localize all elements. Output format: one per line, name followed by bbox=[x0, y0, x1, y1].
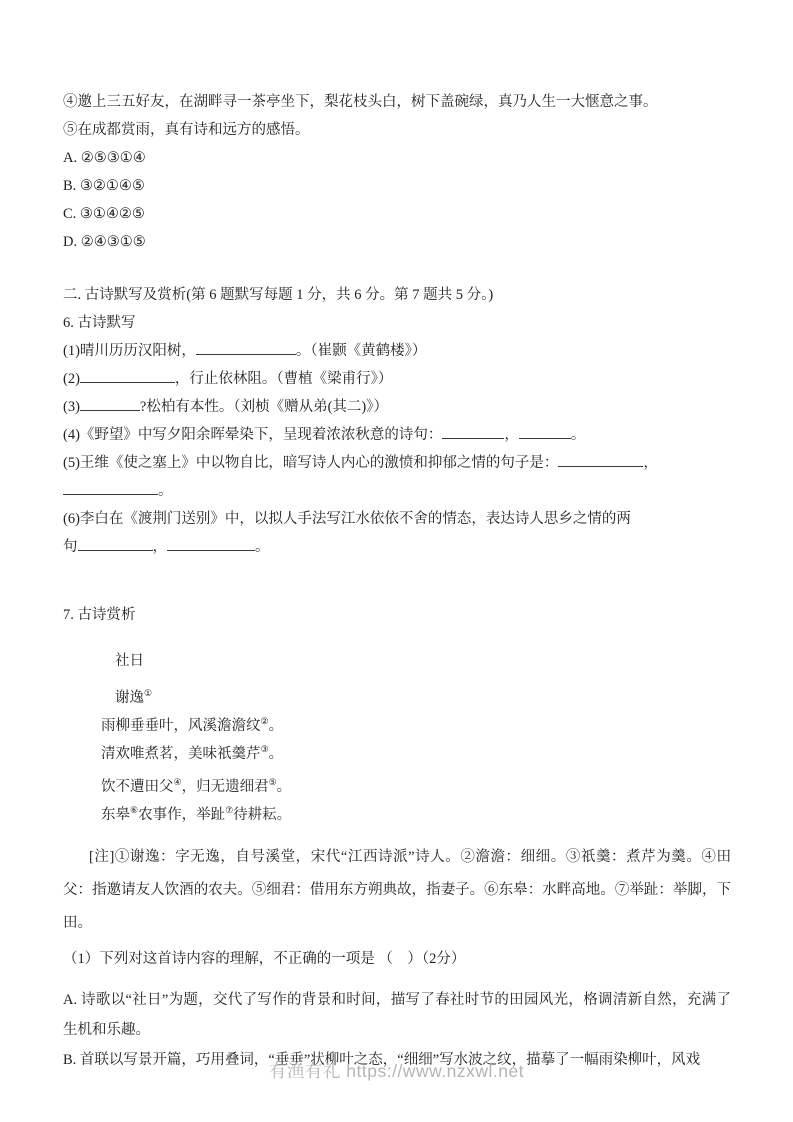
exam-content: ④邀上三五好友，在湖畔寻一茶亭坐下，梨花枝头白，树下盖碗绿，真乃人生一大惬意之事… bbox=[0, 0, 793, 1075]
answer-blank bbox=[442, 425, 504, 439]
poem-line-1: 雨柳垂垂叶，风溪澹澹纹②。 bbox=[63, 712, 731, 740]
footnote-marker: ⑥ bbox=[130, 805, 138, 815]
dictation-line-1: (1)晴川历历汉阳树，。（崔颢《黄鹤楼》） bbox=[63, 337, 731, 365]
ordering-option-c: C. ③①④②⑤ bbox=[63, 200, 731, 228]
sub-question1-prompt: （1）下列对这首诗内容的理解，不正确的一项是 （ ）（2分） bbox=[63, 945, 731, 973]
poem-line-4: 东皋⑥农事作，举趾⑦待耕耘。 bbox=[63, 801, 731, 829]
answer-blank bbox=[196, 341, 296, 355]
question7-title: 7. 古诗赏析 bbox=[63, 601, 731, 629]
poem-title: 社日 bbox=[63, 647, 731, 675]
dictation-line-2: (2)，行止依林阻。（曹植《梁甫行》） bbox=[63, 365, 731, 393]
answer-blank bbox=[167, 537, 255, 551]
section-two-heading: 二. 古诗默写及赏析(第 6 题默写每题 1 分，共 6 分。第 7 题共 5 … bbox=[63, 281, 731, 309]
dictation-line-6a: (6)李白在《渡荆门送别》中，以拟人手法写江水依依不舍的情态，表达诗人思乡之情的… bbox=[63, 505, 731, 533]
poem-author: 谢逸① bbox=[63, 684, 731, 712]
dictation-line-3: (3)?松柏有本性。（刘桢《赠从弟(其二)》） bbox=[63, 393, 731, 421]
footnote-marker: ④ bbox=[174, 777, 182, 787]
poem-line-3: 饮不遭田父④，归无遗细君⑤。 bbox=[63, 773, 731, 801]
site-watermark: 有渔有礼 https://www.nzxwl.net bbox=[0, 1058, 793, 1083]
poem-footnotes: [注]①谢逸：字无逸，自号溪堂，宋代“江西诗派”诗人。②澹澹：细细。③祇羹：煮芹… bbox=[63, 841, 731, 940]
dictation-line-5: (5)王维《使之塞上》中以物自比，暗写诗人内心的激愤和抑郁之情的句子是：，。 bbox=[63, 449, 731, 505]
footnote-marker: ⑦ bbox=[225, 805, 233, 815]
footnote-marker: ① bbox=[144, 688, 152, 698]
footnote-marker: ② bbox=[261, 716, 269, 726]
question6-title: 6. 古诗默写 bbox=[63, 309, 731, 337]
answer-blank bbox=[558, 453, 643, 467]
exam-paper-page: ④邀上三五好友，在湖畔寻一茶亭坐下，梨花枝头白，树下盖碗绿，真乃人生一大惬意之事… bbox=[0, 0, 793, 1122]
sub-question1-option-a: A. 诗歌以“社日”为题，交代了写作的背景和时间，描写了春社时节的田园风光，格调… bbox=[63, 985, 731, 1045]
answer-blank bbox=[63, 481, 158, 495]
answer-blank bbox=[519, 425, 571, 439]
ordering-sentence-4: ④邀上三五好友，在湖畔寻一茶亭坐下，梨花枝头白，树下盖碗绿，真乃人生一大惬意之事… bbox=[63, 88, 731, 116]
answer-blank bbox=[78, 537, 153, 551]
footnote-marker: ③ bbox=[261, 744, 269, 754]
dictation-line-6b: 句，。 bbox=[63, 533, 731, 561]
ordering-option-a: A. ②⑤③①④ bbox=[63, 144, 731, 172]
footnote-marker: ⑤ bbox=[269, 777, 277, 787]
dictation-line-4: (4)《野望》中写夕阳余晖晕染下，呈现着浓浓秋意的诗句：，。 bbox=[63, 421, 731, 449]
answer-blank bbox=[80, 369, 175, 383]
ordering-option-d: D. ②④③①⑤ bbox=[63, 228, 731, 256]
answer-blank bbox=[80, 397, 140, 411]
ordering-sentence-5: ⑤在成都赏雨，真有诗和远方的感悟。 bbox=[63, 116, 731, 144]
ordering-option-b: B. ③②①④⑤ bbox=[63, 172, 731, 200]
poem-line-2: 清欢唯煮茗，美味祇羹芹③。 bbox=[63, 740, 731, 768]
